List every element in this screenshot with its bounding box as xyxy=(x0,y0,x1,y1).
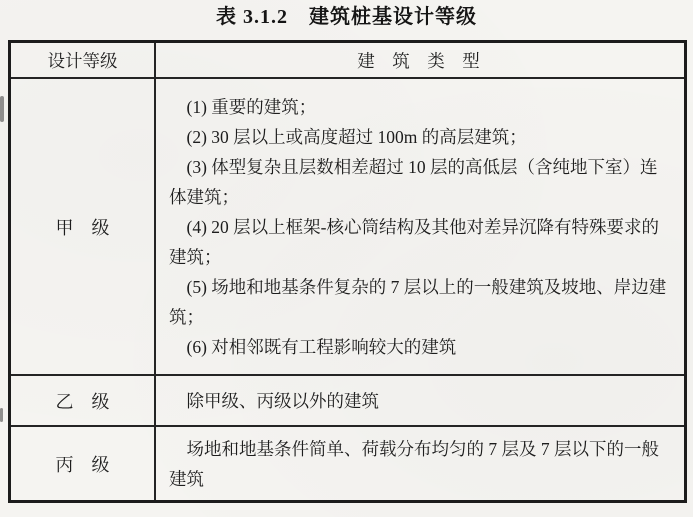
grade-b-label: 乙 级 xyxy=(11,376,156,425)
header-building-type: 建 筑 类 型 xyxy=(156,43,684,77)
grade-a-content: (1) 重要的建筑； (2) 30 层以上或高度超过 100m 的高层建筑； (… xyxy=(156,79,684,374)
table-row-grade-c: 丙 级 场地和地基条件简单、荷载分布均匀的 7 层及 7 层以下的一般建筑 xyxy=(11,425,684,500)
grade-c-item-1: 场地和地基条件简单、荷载分布均匀的 7 层及 7 层以下的一般建筑 xyxy=(169,434,668,494)
grade-a-item-6: (6) 对相邻既有工程影响较大的建筑 xyxy=(169,332,668,362)
document-page: 表 3.1.2 建筑桩基设计等级 设计等级 建 筑 类 型 甲 级 (1) 重要… xyxy=(0,0,693,517)
grade-b-item-1: 除甲级、丙级以外的建筑 xyxy=(169,386,668,416)
table-title: 表 3.1.2 建筑桩基设计等级 xyxy=(0,0,693,34)
grade-b-content: 除甲级、丙级以外的建筑 xyxy=(156,376,684,425)
grade-a-item-2: (2) 30 层以上或高度超过 100m 的高层建筑； xyxy=(169,122,668,152)
table-row-grade-a: 甲 级 (1) 重要的建筑； (2) 30 层以上或高度超过 100m 的高层建… xyxy=(11,77,684,374)
grade-a-item-1: (1) 重要的建筑； xyxy=(169,92,668,122)
grade-a-item-4: (4) 20 层以上框架-核心筒结构及其他对差异沉降有特殊要求的建筑； xyxy=(169,212,668,272)
grade-a-item-3: (3) 体型复杂且层数相差超过 10 层的高低层（含纯地下室）连体建筑； xyxy=(169,152,668,212)
design-grade-table: 设计等级 建 筑 类 型 甲 级 (1) 重要的建筑； (2) 30 层以上或高… xyxy=(8,40,687,503)
table-header-row: 设计等级 建 筑 类 型 xyxy=(11,43,684,77)
header-design-grade: 设计等级 xyxy=(11,43,156,77)
table-row-grade-b: 乙 级 除甲级、丙级以外的建筑 xyxy=(11,374,684,425)
scan-artifact xyxy=(0,96,4,122)
grade-c-label: 丙 级 xyxy=(11,427,156,500)
grade-a-label: 甲 级 xyxy=(11,79,156,374)
grade-a-item-5: (5) 场地和地基条件复杂的 7 层以上的一般建筑及坡地、岸边建筑； xyxy=(169,272,668,332)
grade-c-content: 场地和地基条件简单、荷载分布均匀的 7 层及 7 层以下的一般建筑 xyxy=(156,427,684,500)
scan-artifact xyxy=(0,408,3,422)
